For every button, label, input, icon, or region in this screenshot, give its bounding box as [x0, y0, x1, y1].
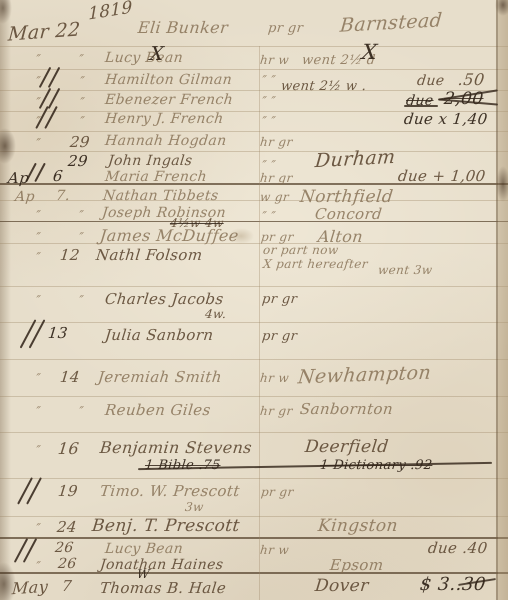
entry-day: 7: [61, 577, 73, 595]
ditto-mark: ″: [35, 52, 41, 66]
entry-terms: ″ ″: [261, 73, 276, 87]
entry-name-note: 3w: [184, 500, 204, 514]
entry-place: Newhampton: [297, 362, 432, 389]
struck-note-left: 1 Bible .75: [144, 458, 221, 473]
entry-name-insert: W: [136, 567, 150, 581]
entry-day: 26: [54, 540, 74, 556]
entry-terms: w gr: [259, 190, 290, 204]
entry-terms: hr w: [259, 53, 290, 67]
entry-day: 29: [69, 133, 91, 151]
ditto-mark: ″: [78, 230, 84, 244]
amount-label: due: [416, 73, 445, 89]
page-edge-strip: [498, 0, 508, 600]
ditto-mark: ″: [35, 404, 41, 418]
ditto-mark: ″: [78, 52, 84, 66]
entry-name: Timo. W. Prescott: [99, 482, 241, 500]
ditto-mark: ″: [35, 230, 41, 244]
ditto-mark: ″: [79, 95, 85, 109]
x-mark: X: [361, 40, 379, 64]
entry-name: Nathl Folsom: [95, 246, 203, 264]
entry-place: Concord: [314, 205, 383, 223]
ditto-mark: ″: [35, 250, 41, 264]
entry-name: Hamilton Gilman: [104, 72, 233, 88]
rule-line: [0, 243, 508, 244]
entry-terms: pr gr: [260, 230, 294, 244]
header-name: Eli Bunker: [137, 18, 229, 37]
entry-day: 26: [57, 556, 77, 572]
entry-terms: pr gr: [261, 292, 298, 307]
entry-terms: ″ ″: [261, 158, 276, 172]
header-date: Mar 22: [7, 18, 81, 45]
entry-place: Sanbornton: [299, 400, 394, 418]
ink-blot: [0, 0, 12, 24]
entry-place: Kingston: [317, 516, 399, 536]
strike-line: [404, 105, 438, 107]
entry-terms: hr gr: [259, 404, 293, 418]
entry-name: Reuben Giles: [104, 401, 212, 419]
entry-name: Hannah Hogdan: [104, 133, 227, 149]
entry-name: Ebenezer French: [104, 92, 234, 108]
amount-value: .50: [457, 70, 486, 89]
ditto-mark: ″: [79, 114, 85, 128]
entry-name: John Ingals: [107, 153, 193, 169]
rule-line: [0, 516, 508, 517]
ditto-mark: ″: [35, 521, 41, 535]
ditto-mark: ″: [35, 208, 41, 222]
ditto-mark: ″: [35, 371, 41, 385]
rule-line: [0, 69, 508, 70]
entry-place: Deerfield: [304, 437, 390, 457]
rule-line: [0, 478, 508, 479]
entry-terms: hr w: [259, 371, 290, 385]
entry-amount: due + 1,00: [397, 167, 487, 185]
rule-line: [0, 359, 508, 360]
entry-place: Dover: [314, 576, 370, 596]
entry-terms: ″ ″: [261, 114, 276, 128]
entry-name: Jonathan Haines: [99, 557, 224, 573]
entry-name: Charles Jacobs: [104, 290, 225, 308]
rule-line: [0, 322, 508, 323]
entry-name: Lucy Bean: [104, 50, 184, 66]
ink-blot: [496, 166, 508, 202]
column-rule: [259, 46, 260, 600]
entry-day: 7.: [55, 188, 71, 204]
entry-terms: hr w: [259, 543, 290, 557]
entry-place: Durham: [314, 146, 396, 172]
rule-line: [0, 131, 508, 132]
entry-name: Henry J. French: [104, 111, 224, 127]
entry-day: 12: [59, 246, 81, 264]
entry-name: Benjamin Stevens: [99, 438, 253, 457]
entry-name: Nathan Tibbets: [102, 188, 219, 204]
ditto-mark: ″: [79, 74, 85, 88]
entry-amount: due .40: [427, 539, 488, 557]
ditto-mark: ″: [78, 293, 84, 307]
entry-day: 16: [57, 439, 80, 458]
entry-terms: pr gr: [260, 485, 294, 499]
entry-name: Julia Sanborn: [104, 326, 214, 344]
entry-day: 24: [56, 518, 78, 536]
entry-terms: hr gr: [259, 171, 293, 185]
entry-day: 13: [47, 324, 69, 342]
ditto-mark: ″: [35, 293, 41, 307]
entry-day: 6: [52, 167, 64, 185]
entry-amount: due x 1,40: [403, 110, 488, 128]
year-note: 1819: [88, 0, 133, 25]
entry-name: Benj. T. Prescott: [91, 516, 241, 536]
entry-name: Jeremiah Smith: [97, 368, 223, 386]
rule-line: [0, 200, 508, 201]
rule-line: [0, 396, 508, 397]
entry-month: May: [11, 577, 48, 599]
entry-terms: pr gr: [261, 329, 298, 344]
header-terms: pr gr: [267, 21, 304, 36]
entry-note: went 2½ w .: [280, 79, 367, 94]
entry-terms: ″ ″: [261, 94, 276, 108]
ledger-page: 1819 Mar 22 Eli Bunker pr gr Barnstead ″…: [0, 0, 508, 600]
entry-day: 14: [59, 368, 81, 386]
ditto-mark: ″: [35, 136, 41, 150]
entry-day: 29: [67, 152, 89, 170]
entry-month: Ap: [14, 189, 36, 205]
entry-place: Northfield: [299, 187, 394, 207]
rule-line: [0, 432, 508, 433]
header-town: Barnstead: [339, 9, 443, 36]
rule-line-drawn: [0, 221, 508, 222]
ink-blot: [0, 128, 16, 164]
entry-terms: ″ ″: [261, 209, 276, 223]
ditto-mark: ″: [35, 443, 41, 457]
entry-day: 19: [57, 482, 79, 500]
entry-terms: hr gr: [259, 135, 293, 149]
x-mark: X: [149, 43, 165, 65]
ditto-mark: ″: [78, 208, 84, 222]
entry-place: Epsom: [329, 556, 384, 574]
rule-line: [0, 90, 508, 91]
entry-name: Maria French: [104, 169, 208, 185]
entry-note: went 3w: [377, 263, 433, 277]
ditto-mark: ″: [35, 559, 41, 573]
entry-amount: $ 3..30: [419, 574, 487, 595]
ditto-mark: ″: [78, 404, 84, 418]
rule-line: [0, 286, 508, 287]
entry-terms-line2: X part hereafter: [262, 257, 368, 271]
entry-name-note: 4w.: [204, 307, 227, 321]
entry-terms-line1: or part now: [262, 243, 339, 257]
entry-name: Lucy Bean: [104, 541, 184, 557]
entry-name: Thomas B. Hale: [99, 579, 227, 597]
rule-line: [0, 46, 508, 47]
entry-name: James McDuffee: [99, 226, 240, 245]
